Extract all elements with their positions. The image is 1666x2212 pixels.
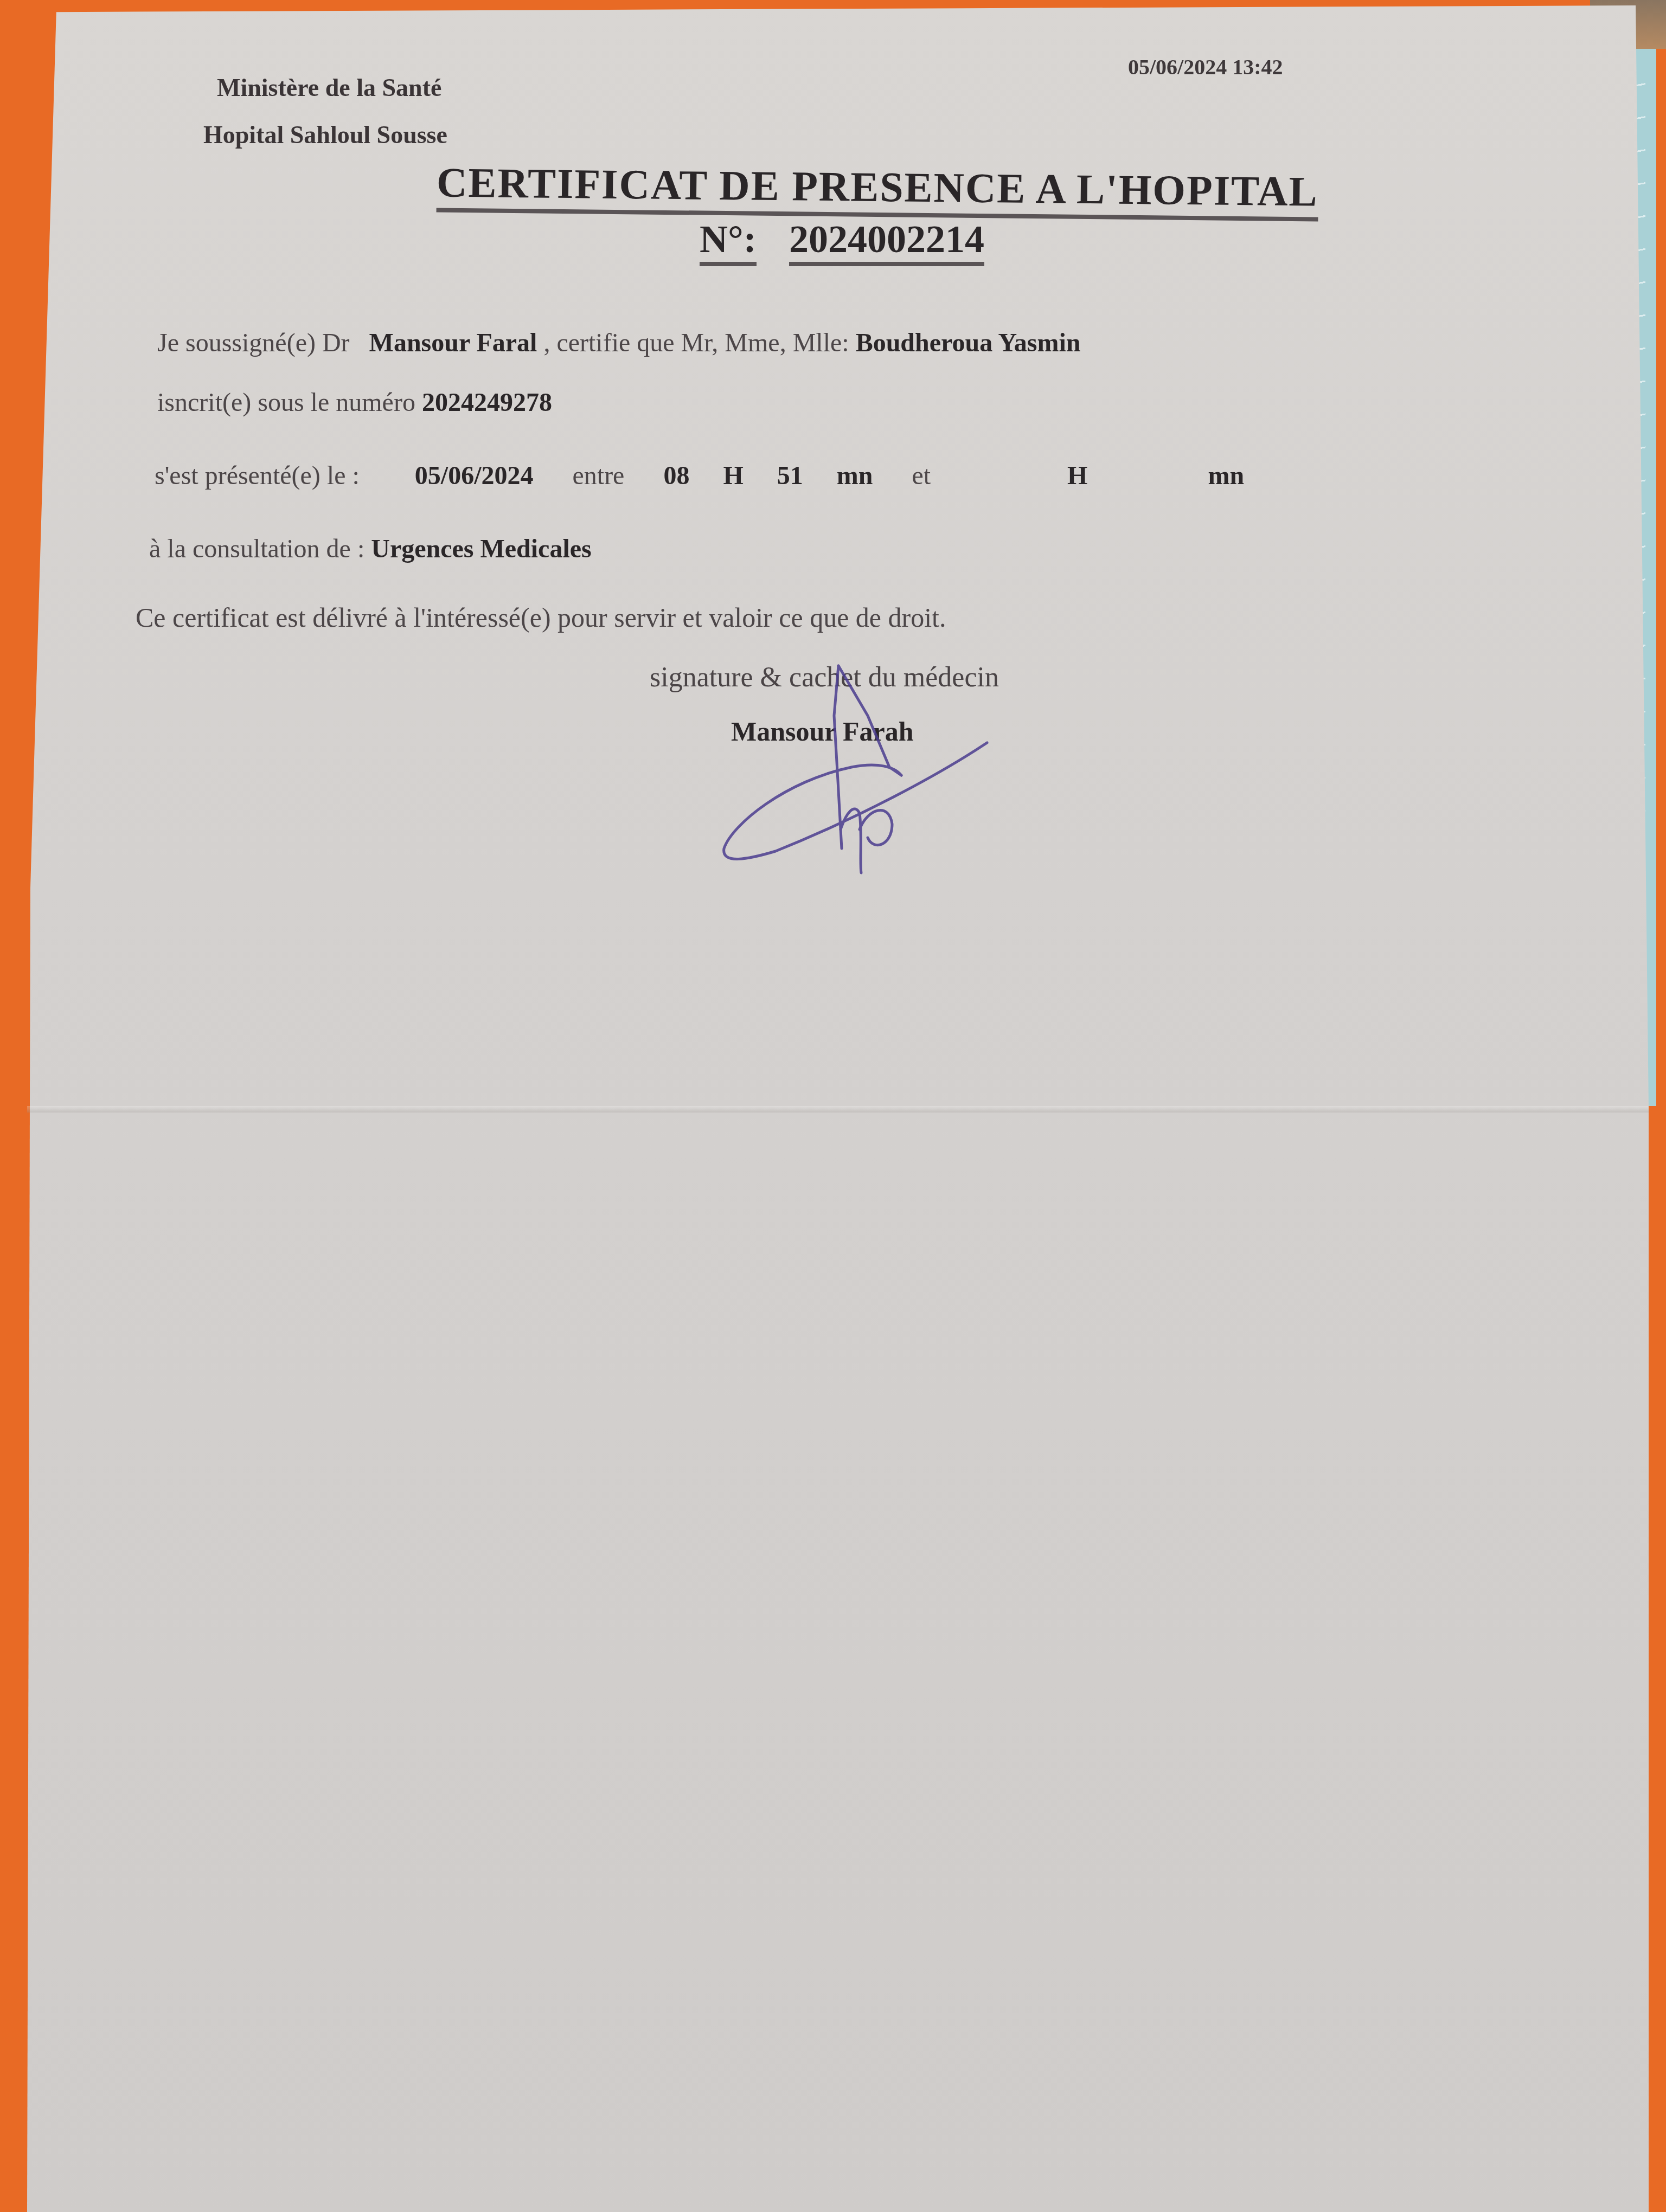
consultation-department: Urgences Medicales: [371, 535, 592, 563]
ministry-name: Ministère de la Santé: [217, 73, 441, 102]
certify-text: , certifie que Mr, Mme, Mlle:: [543, 329, 849, 357]
end-hour-unit: H: [1067, 461, 1087, 490]
registration-number: 2024249278: [422, 388, 552, 417]
doctor-line: Je soussigné(e) Dr Mansour Faral , certi…: [157, 328, 1080, 358]
certificate: Ministère de la Santé Hopital Sahloul So…: [0, 0, 1666, 2212]
start-hour-unit: H: [723, 461, 743, 490]
start-hour: 08: [663, 461, 689, 490]
closing-statement: Ce certificat est délivré à l'intéressé(…: [136, 602, 946, 633]
registration-line: isncrit(e) sous le numéro 2024249278: [157, 388, 552, 417]
consultation-prefix: à la consultation de :: [149, 535, 364, 563]
handwritten-signature-icon: [705, 651, 1009, 878]
between-text: entre: [572, 461, 624, 490]
and-text: et: [912, 461, 931, 490]
consultation-line: à la consultation de : Urgences Medicale…: [149, 534, 592, 564]
start-minute: 51: [777, 461, 803, 490]
start-minute-unit: mn: [837, 461, 873, 490]
hospital-name: Hopital Sahloul Sousse: [203, 120, 447, 149]
presence-date: 05/06/2024: [415, 461, 534, 490]
certificate-number: 2024002214: [789, 217, 984, 266]
certificate-number-label: N°:: [700, 217, 757, 266]
doctor-prefix: Je soussigné(e) Dr: [157, 329, 350, 357]
presence-prefix: s'est présenté(e) le :: [155, 461, 360, 490]
doctor-name: Mansour Faral: [369, 329, 537, 357]
printed-datetime: 05/06/2024 13:42: [1128, 54, 1283, 80]
certificate-title: CERTIFICAT DE PRESENCE A L'HOPITAL: [437, 158, 1319, 221]
end-minute-unit: mn: [1208, 461, 1244, 490]
patient-name: Boudheroua Yasmin: [856, 329, 1081, 357]
registration-prefix: isncrit(e) sous le numéro: [157, 388, 415, 417]
presence-line: s'est présenté(e) le : 05/06/2024 entre …: [155, 461, 1244, 491]
